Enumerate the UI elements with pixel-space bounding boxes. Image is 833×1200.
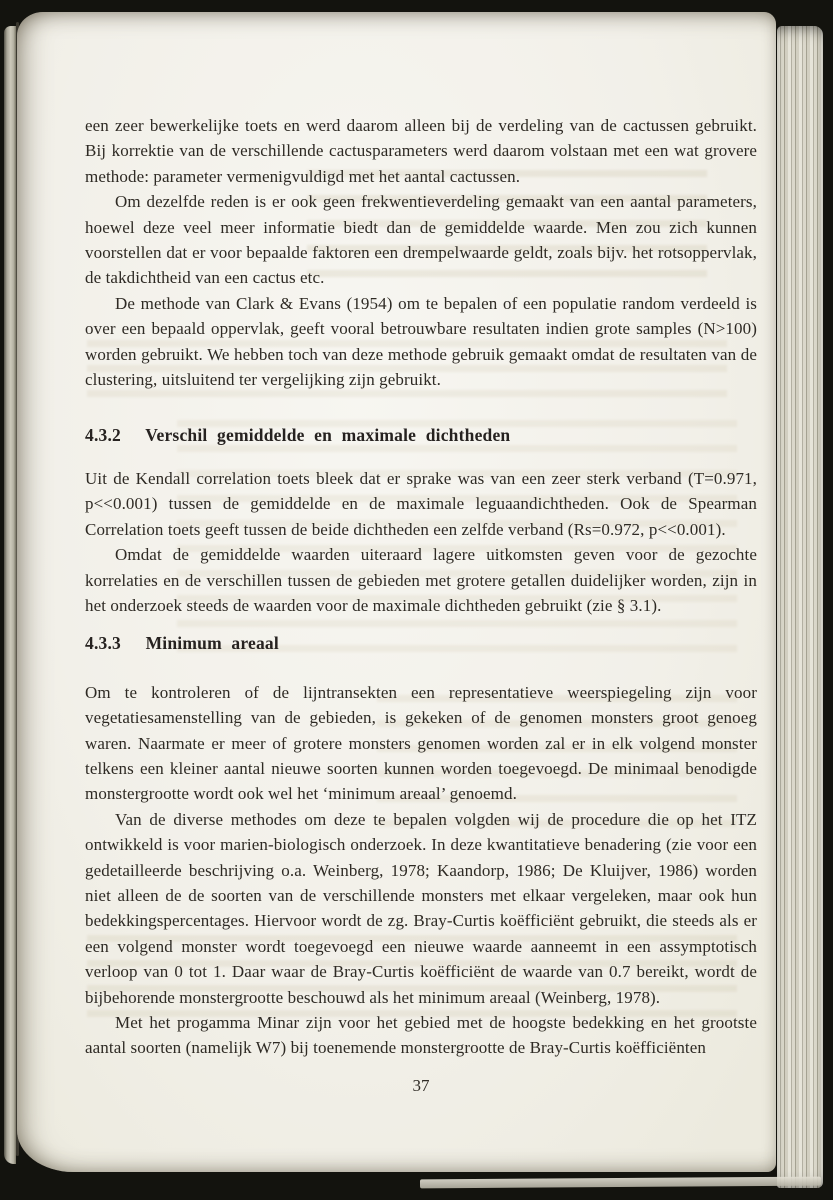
paragraph: Om dezelfde reden is er ook geen frekwen… (85, 189, 757, 291)
section-heading: 4.3.3 Minimum areaal (85, 631, 757, 656)
paragraph: een zeer bewerkelijke toets en werd daar… (85, 113, 757, 189)
paragraph: Om te kontroleren of de lijntransekten e… (85, 680, 757, 807)
section-title: Verschil gemiddelde en maximale dichthed… (145, 425, 510, 445)
bottom-page-edge (420, 1177, 821, 1189)
section-number: 4.3.3 (85, 633, 121, 653)
page-content: een zeer bewerkelijke toets en werd daar… (17, 12, 776, 1061)
book-scan: een zeer bewerkelijke toets en werd daar… (0, 0, 833, 1200)
paragraph: Omdat de gemiddelde waarden uiteraard la… (85, 542, 757, 618)
paragraph: Uit de Kendall correlation toets bleek d… (85, 466, 757, 542)
page-number: 37 (17, 1076, 776, 1096)
paragraph: Van de diverse methodes om deze te bepal… (85, 807, 757, 1010)
paragraph: De methode van Clark & Evans (1954) om t… (85, 291, 757, 393)
paragraph: Met het progamma Minar zijn voor het geb… (85, 1010, 757, 1061)
section-title: Minimum areaal (146, 633, 279, 653)
section-heading: 4.3.2 Verschil gemiddelde en maximale di… (85, 423, 757, 448)
section-number: 4.3.2 (85, 425, 121, 445)
page-stack-edge (777, 26, 823, 1188)
adjacent-page-edge (4, 26, 16, 1164)
book-page: een zeer bewerkelijke toets en werd daar… (17, 12, 776, 1172)
